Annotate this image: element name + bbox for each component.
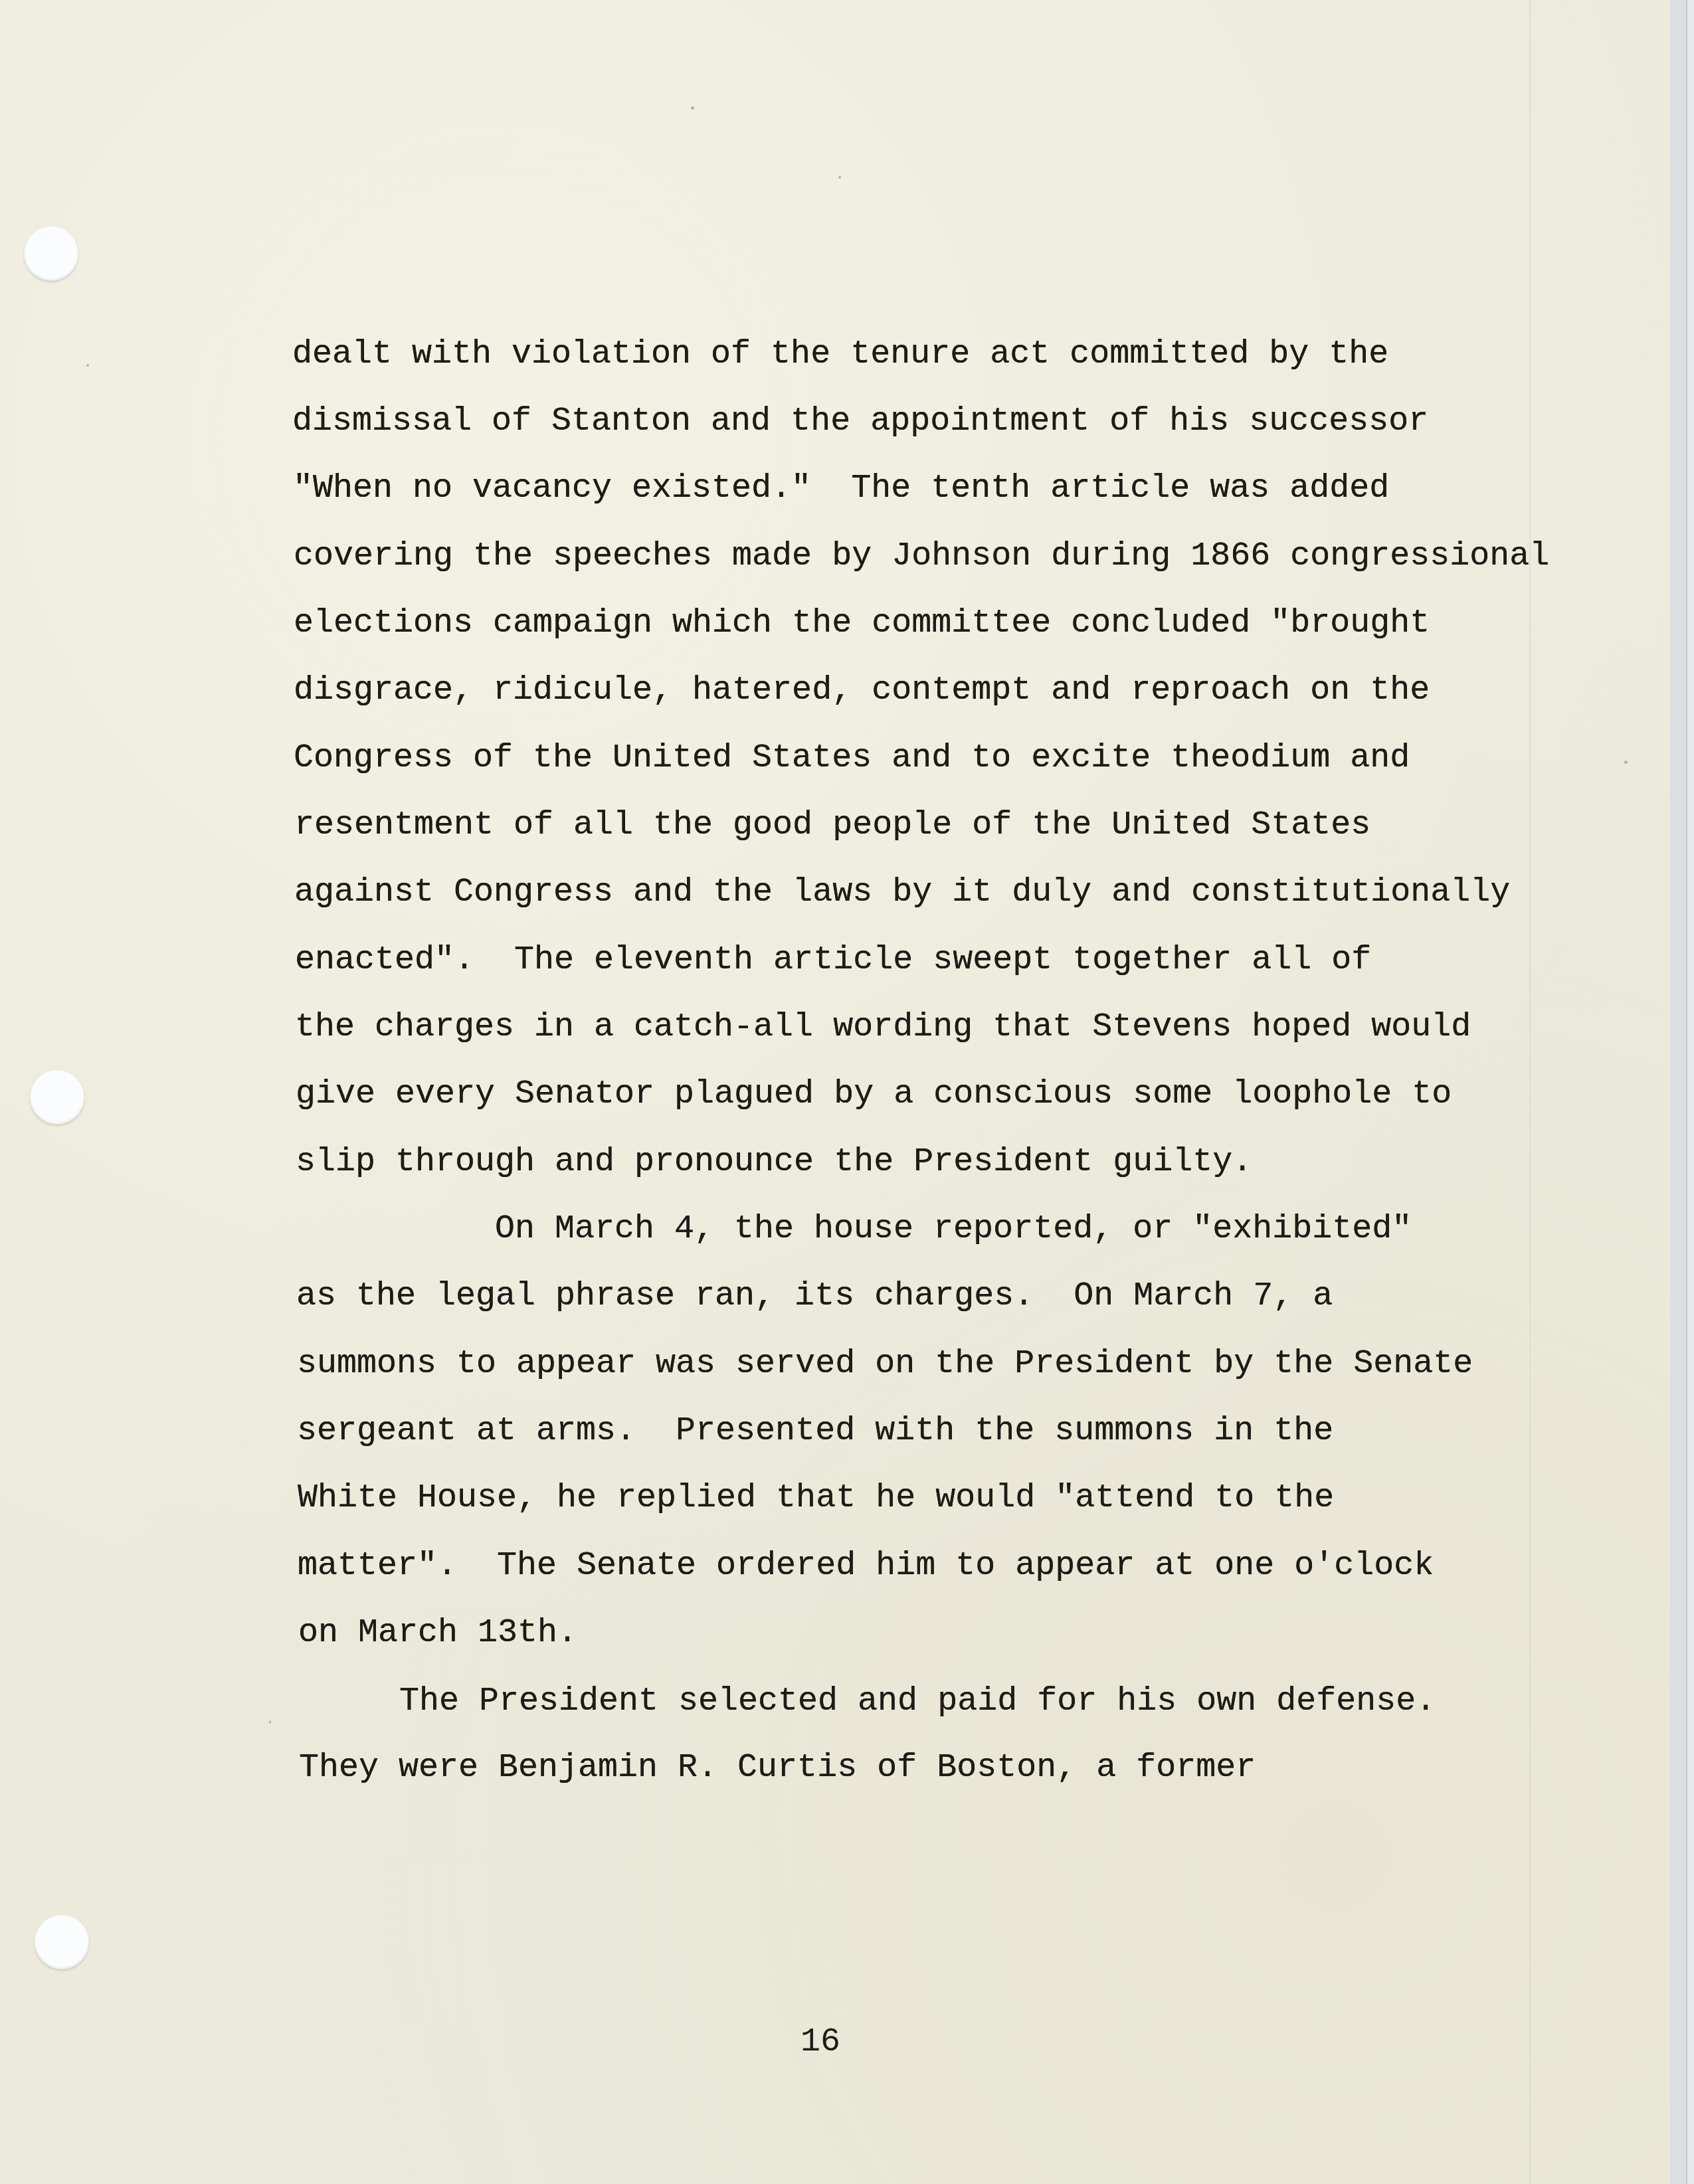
punch-hole-bottom xyxy=(35,1915,89,1969)
text-line: as the legal phrase ran, its charges. On… xyxy=(296,1277,1333,1317)
text-line: covering the speeches made by Johnson du… xyxy=(294,537,1549,577)
paper-speck xyxy=(269,1720,271,1724)
paper-speck xyxy=(86,364,89,367)
typewritten-page: dealt with violation of the tenure act c… xyxy=(0,0,1670,2184)
paper-speck xyxy=(838,176,841,179)
scanner-edge-strip xyxy=(1670,0,1687,2184)
text-line: the charges in a catch-all wording that … xyxy=(295,1008,1471,1047)
text-line: summons to appear was served on the Pres… xyxy=(297,1344,1473,1384)
scanner-edge-outer xyxy=(1687,0,1694,2184)
punch-hole-middle xyxy=(30,1070,84,1125)
text-line: enacted". The eleventh article sweept to… xyxy=(295,941,1371,980)
paper-crease xyxy=(1529,0,1531,2184)
text-line: give every Senator plagued by a consciou… xyxy=(296,1075,1452,1115)
text-line: on March 13th. xyxy=(298,1613,577,1653)
text-line: Congress of the United States and to exc… xyxy=(294,739,1410,778)
text-line: White House, he replied that he would "a… xyxy=(298,1479,1334,1518)
text-line: slip through and pronounce the President… xyxy=(296,1142,1252,1182)
punch-hole-top xyxy=(24,227,78,281)
text-line-indented: The President selected and paid for his … xyxy=(399,1682,1436,1722)
page-number: 16 xyxy=(800,2023,840,2062)
text-line: dismissal of Stanton and the appointment… xyxy=(292,402,1428,442)
text-line: matter". The Senate ordered him to appea… xyxy=(298,1546,1434,1586)
text-line: against Congress and the laws by it duly… xyxy=(294,873,1510,913)
text-line: dealt with violation of the tenure act c… xyxy=(292,335,1388,375)
text-line: sergeant at arms. Presented with the sum… xyxy=(297,1411,1333,1451)
text-line: They were Benjamin R. Curtis of Boston, … xyxy=(299,1748,1256,1788)
paper-speck xyxy=(691,106,694,110)
text-line-indented: On March 4, the house reported, or "exhi… xyxy=(495,1210,1412,1249)
text-line: resentment of all the good people of the… xyxy=(294,806,1370,846)
text-line: elections campaign which the committee c… xyxy=(294,604,1430,644)
text-line: disgrace, ridicule, hatered, contempt an… xyxy=(294,671,1430,711)
paper-speck xyxy=(1624,761,1628,764)
text-line: "When no vacancy existed." The tenth art… xyxy=(293,469,1389,509)
